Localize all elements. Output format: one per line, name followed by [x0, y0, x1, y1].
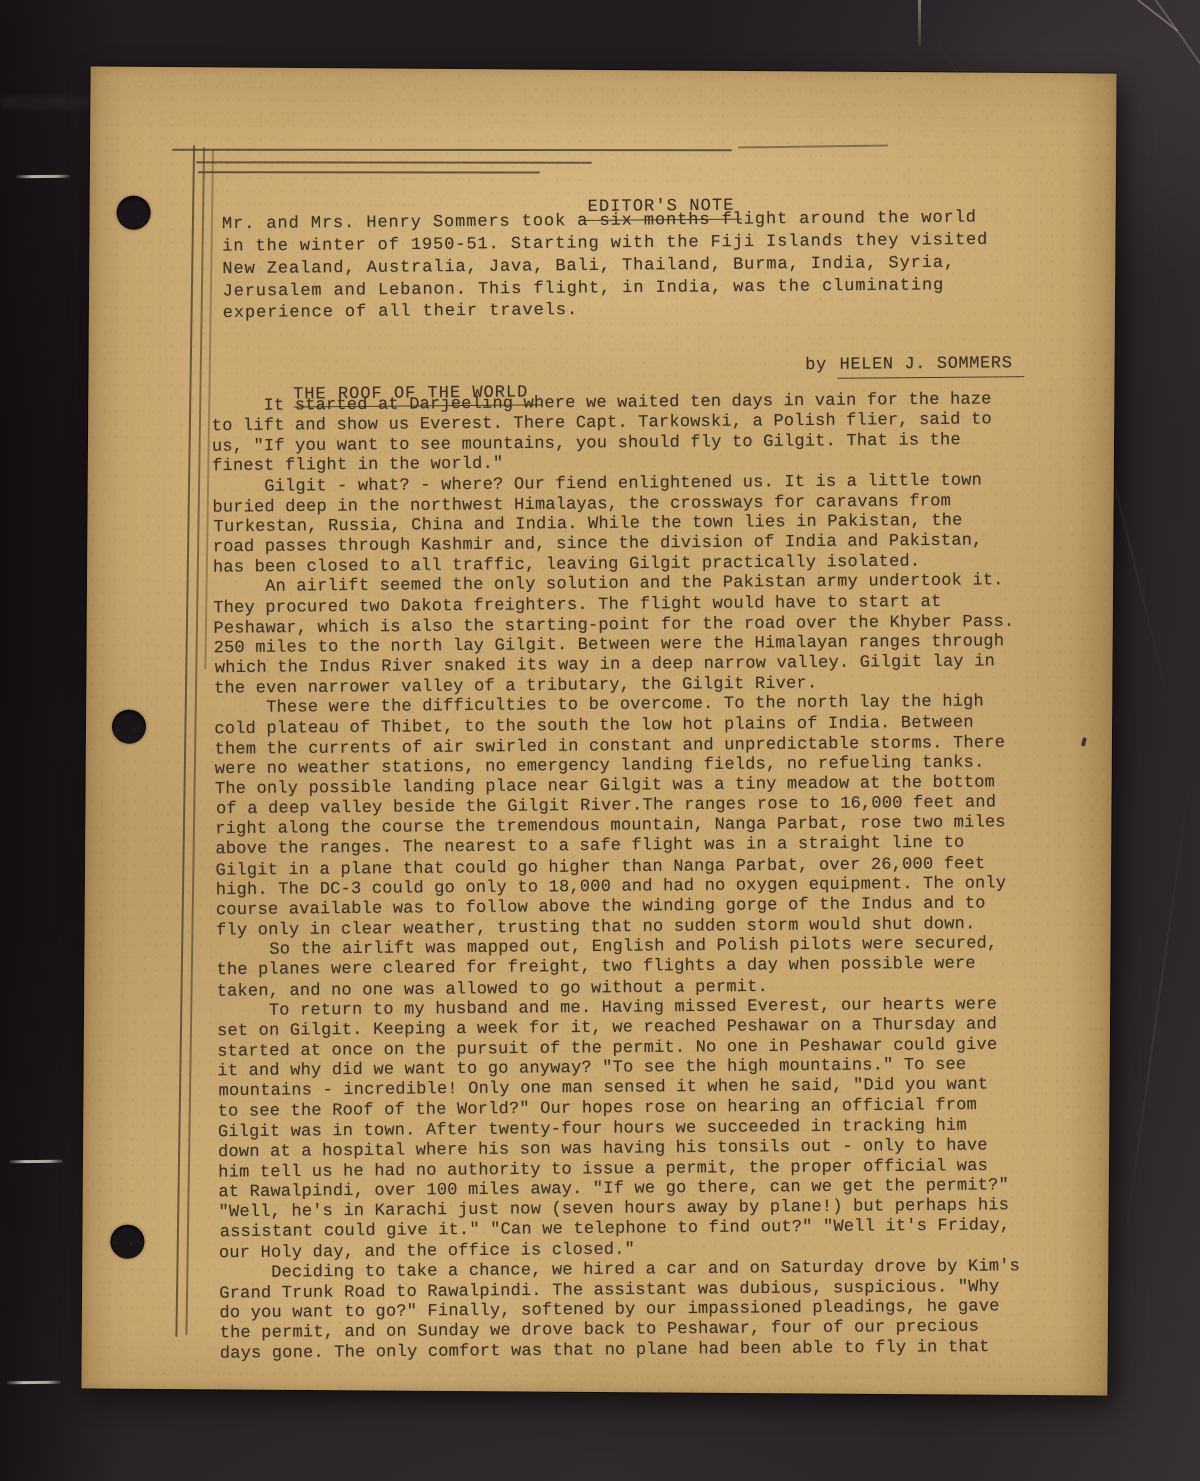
byline-prefix: by	[805, 356, 838, 375]
staple-mark	[16, 175, 70, 179]
editor-note-paragraph: Mr. and Mrs. Henry Sommers took a six mo…	[222, 207, 989, 325]
fabric-crease	[1119, 762, 1193, 1277]
article-byline: by HELEN J. SOMMERS	[805, 354, 1024, 379]
byline-author: HELEN J. SOMMERS	[838, 354, 1025, 379]
scratch-mark	[1148, 0, 1200, 69]
hand-drawn-top-rule	[198, 171, 540, 173]
hand-drawn-margin-rule	[175, 145, 195, 1337]
staple-mark	[9, 1160, 63, 1164]
punch-hole	[116, 196, 150, 230]
hand-drawn-top-rule	[738, 144, 888, 148]
punch-hole	[110, 1225, 144, 1259]
scan-background: EDITOR'S NOTE Mr. and Mrs. Henry Sommers…	[0, 0, 1200, 1481]
background-streak	[918, 0, 921, 46]
staple-mark	[7, 1381, 61, 1385]
hand-drawn-margin-rule	[185, 147, 205, 1335]
article-body: It started at Darjeeling where we waited…	[212, 390, 1021, 1364]
typed-text-block: EDITOR'S NOTE Mr. and Mrs. Henry Sommers…	[209, 60, 1025, 67]
document-page: EDITOR'S NOTE Mr. and Mrs. Henry Sommers…	[81, 66, 1116, 1395]
stray-ink-mark	[1081, 737, 1087, 747]
hand-drawn-top-rule	[196, 161, 592, 163]
punch-hole	[112, 710, 146, 744]
hand-drawn-top-rule	[172, 149, 732, 151]
scratch-mark	[1116, 0, 1179, 32]
